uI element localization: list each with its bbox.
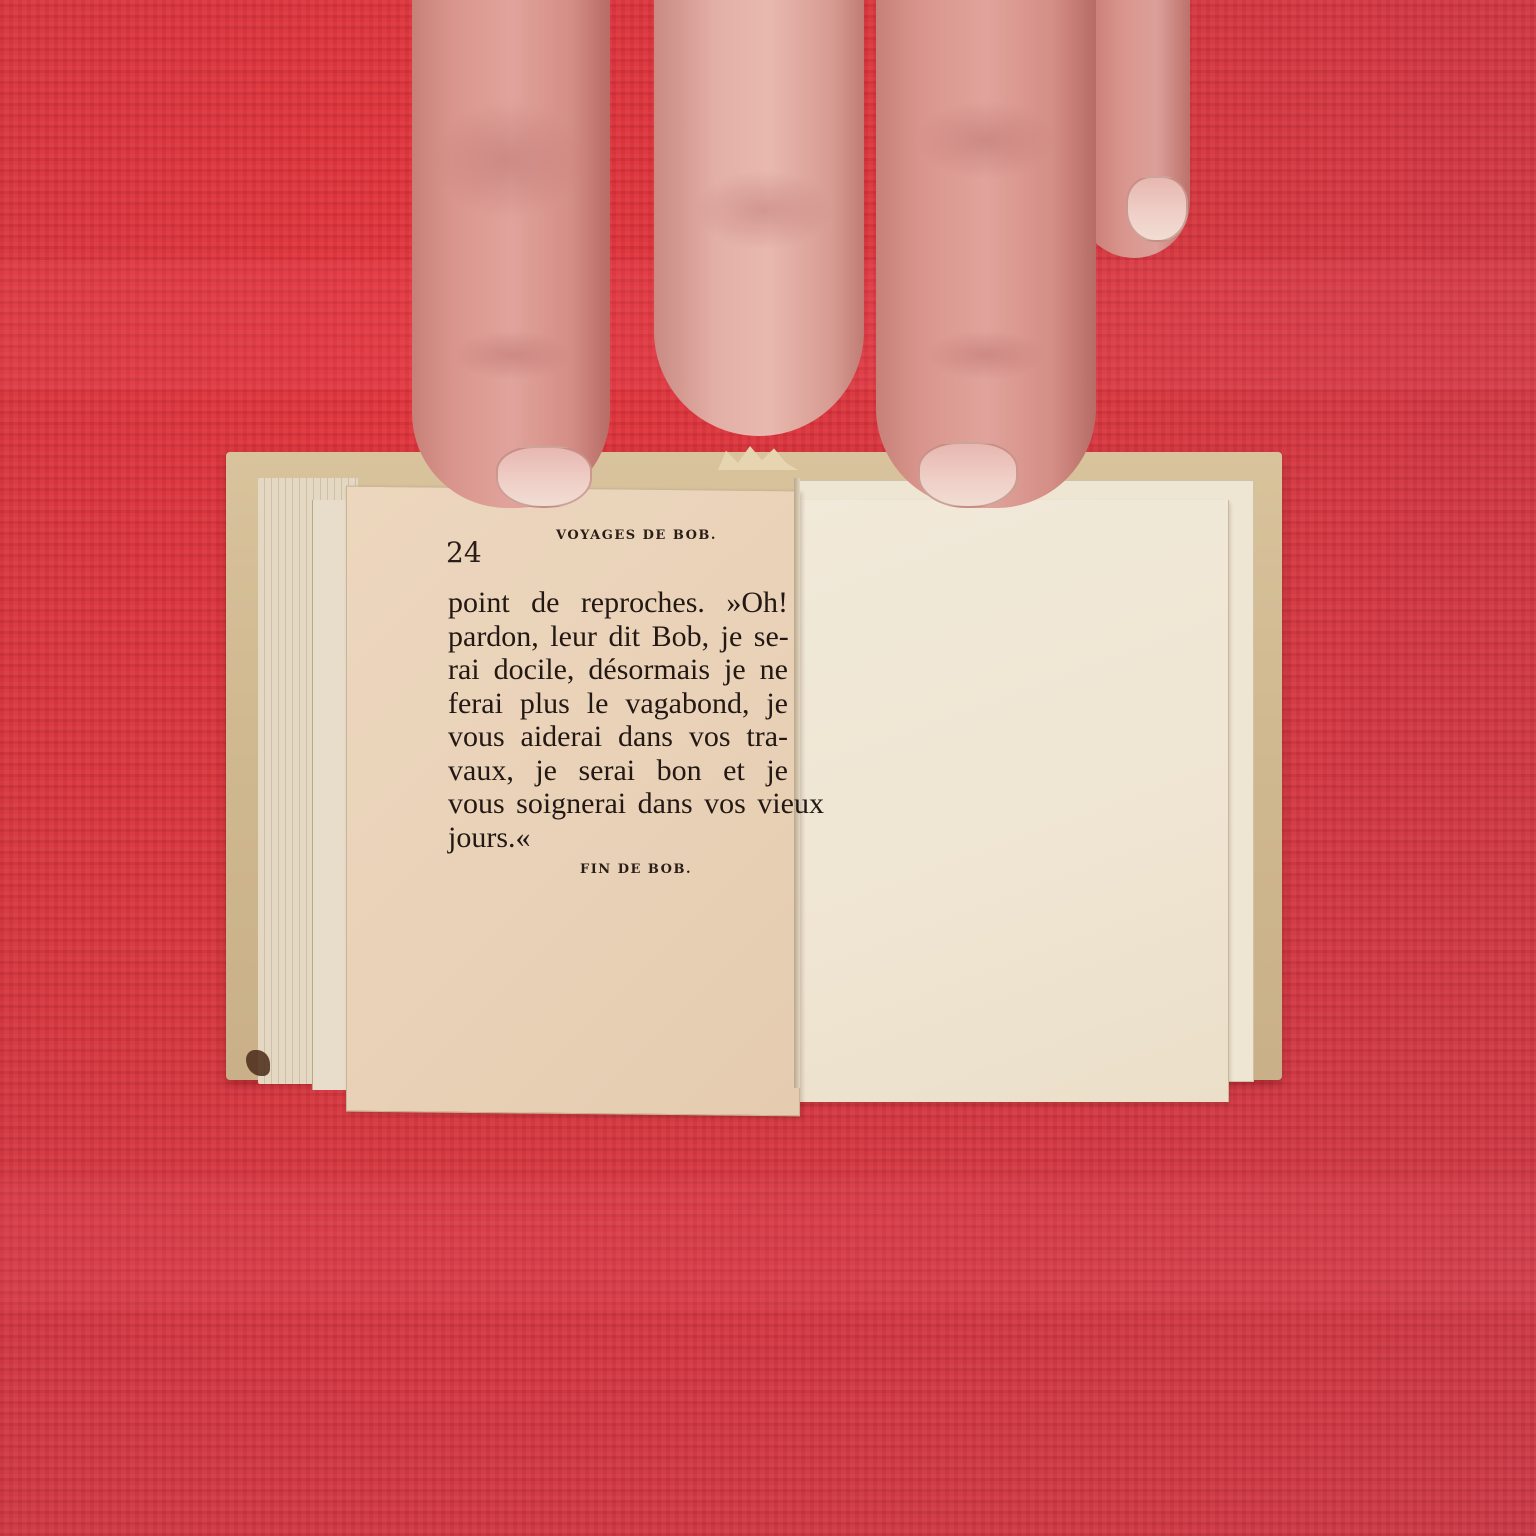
text-line: vous aiderai dans vos tra- xyxy=(448,720,788,754)
book-gutter xyxy=(794,478,800,1088)
text-line: pardon, leur dit Bob, je se- xyxy=(448,620,788,654)
text-line: rai docile, désormais je ne xyxy=(448,653,788,687)
text-line: vaux, je serai bon et je xyxy=(448,754,788,788)
fingernail xyxy=(1126,176,1188,242)
knuckle xyxy=(916,100,1056,180)
right-page-blank[interactable] xyxy=(798,500,1229,1102)
page-number: 24 xyxy=(446,536,482,569)
text-line: ferai plus le vagabond, je xyxy=(448,687,788,721)
knuckle xyxy=(926,330,1046,380)
text-line: jours.« xyxy=(448,821,788,855)
knuckle xyxy=(432,100,582,220)
fabric-band xyxy=(0,1180,1536,1310)
index-finger xyxy=(412,0,610,508)
fingernail xyxy=(918,442,1018,508)
page-body-text: point de reproches. »Oh! pardon, leur di… xyxy=(448,586,788,854)
ring-finger xyxy=(876,0,1096,508)
middle-finger-bent xyxy=(654,0,864,436)
text-line: point de reproches. »Oh! xyxy=(448,586,788,620)
closing-text: FIN DE BOB. xyxy=(580,862,692,877)
fingernail xyxy=(496,446,592,508)
knuckle xyxy=(452,330,572,380)
knuckle xyxy=(694,170,834,250)
text-line: vous soignerai dans vos vieux xyxy=(448,787,788,821)
running-head: VOYAGES DE BOB. xyxy=(556,528,717,543)
